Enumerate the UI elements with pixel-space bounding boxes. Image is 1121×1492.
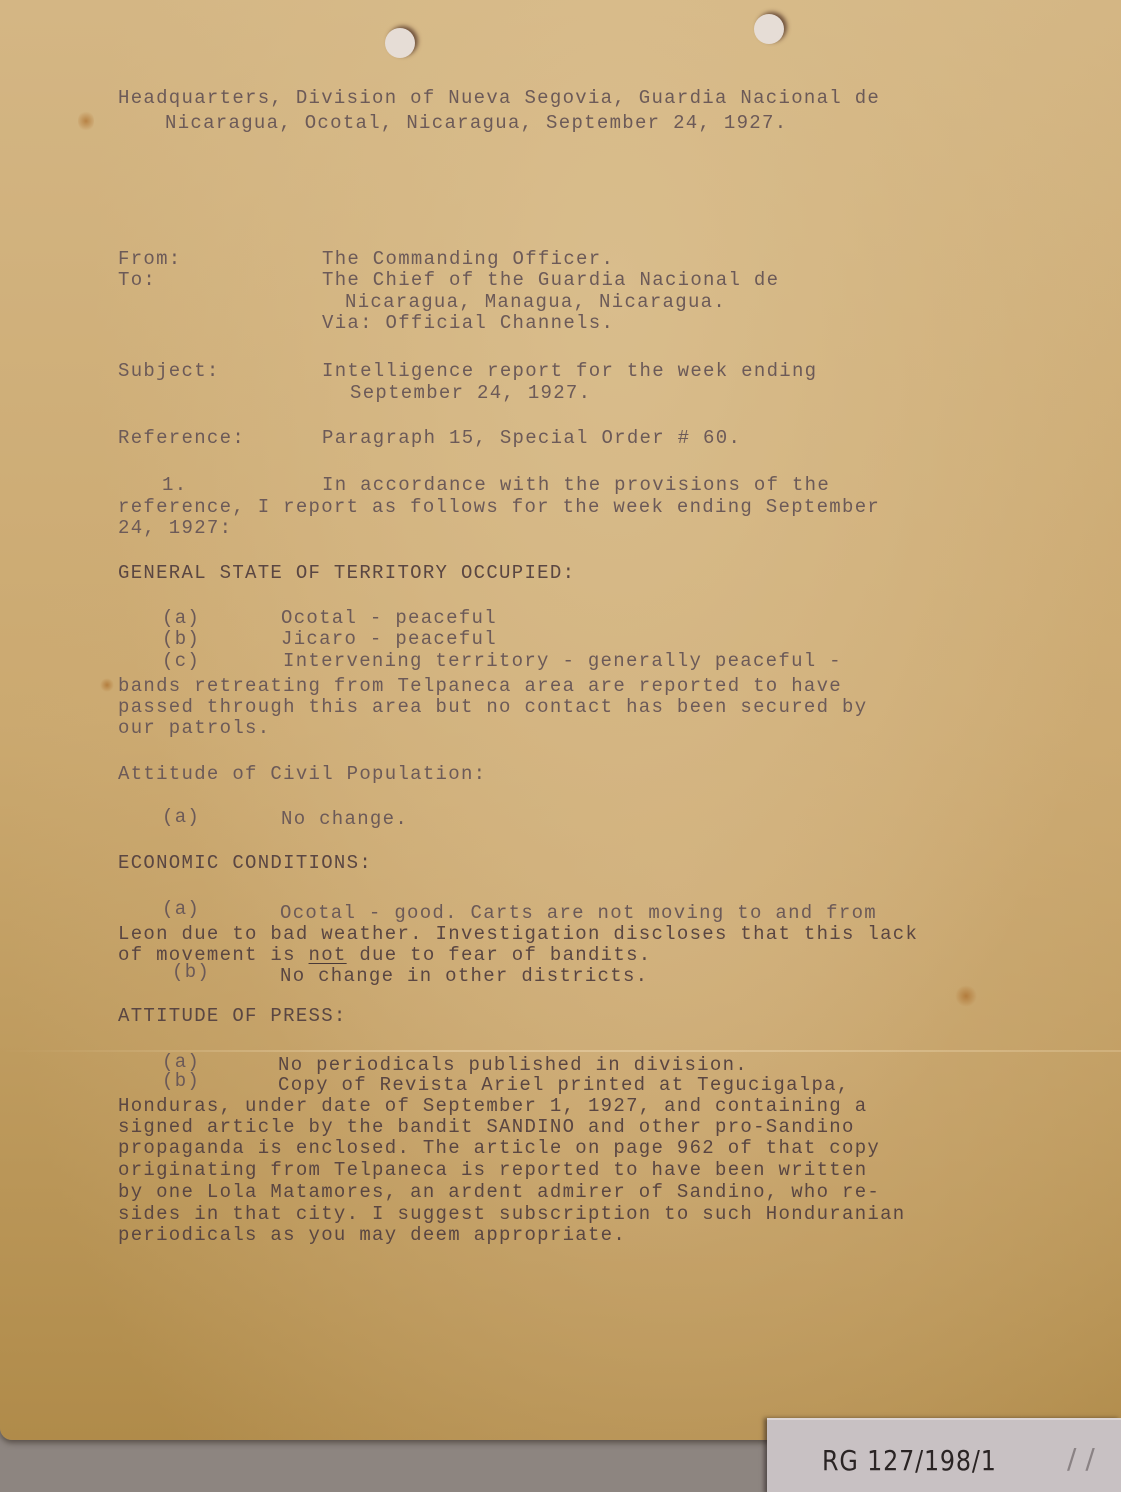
territory-item-c: Intervening territory - generally peacef… — [283, 651, 842, 672]
from-value: The Commanding Officer. — [322, 249, 614, 270]
section-title-economic: ECONOMIC CONDITIONS: — [118, 853, 372, 874]
emphasized-not: not — [309, 944, 347, 966]
heading-line-2: Nicaragua, Ocotal, Nicaragua, September … — [165, 113, 787, 134]
territory-cont-2: passed through this area but no contact … — [118, 697, 867, 718]
economic-a-line-2: Leon due to bad weather. Investigation d… — [118, 924, 918, 945]
press-line: sides in that city. I suggest subscripti… — [118, 1204, 906, 1225]
territory-marker-b: (b) — [162, 629, 200, 650]
press-line: Honduras, under date of September 1, 192… — [118, 1096, 867, 1117]
press-line: periodicals as you may deem appropriate. — [118, 1225, 626, 1246]
intro-line-1: In accordance with the provisions of the — [322, 475, 830, 496]
subject-line-1: Intelligence report for the week ending — [322, 361, 817, 382]
intro-line-3: 24, 1927: — [118, 518, 232, 539]
economic-a-line-3-post: due to fear of bandits. — [347, 944, 652, 966]
from-label: From: — [118, 249, 182, 270]
section-title-civil: Attitude of Civil Population: — [118, 764, 486, 785]
press-b-line-1: Copy of Revista Ariel printed at Tegucig… — [278, 1075, 850, 1096]
territory-item-a: Ocotal - peaceful — [281, 608, 497, 629]
territory-marker-c: (c) — [162, 651, 200, 672]
intro-line-2: reference, I report as follows for the w… — [118, 497, 880, 518]
rust-stain — [955, 985, 977, 1007]
economic-b-text: No change in other districts. — [280, 966, 648, 987]
reference-label: Reference: — [118, 428, 245, 449]
to-value-line-2: Nicaragua, Managua, Nicaragua. — [345, 292, 726, 313]
civil-marker-a: (a) — [162, 807, 200, 828]
territory-cont-3: our patrols. — [118, 718, 270, 739]
archive-mark: / / — [1067, 1442, 1095, 1475]
territory-marker-a: (a) — [162, 608, 200, 629]
heading-line-1: Headquarters, Division of Nueva Segovia,… — [118, 88, 880, 109]
rust-stain — [78, 110, 94, 132]
punch-hole-right — [754, 14, 784, 44]
section-title-territory: GENERAL STATE OF TERRITORY OCCUPIED: — [118, 563, 575, 584]
to-label: To: — [118, 270, 156, 291]
punch-hole-left — [385, 28, 415, 58]
economic-a-line-3-pre: of movement is — [118, 944, 309, 966]
subject-label: Subject: — [118, 361, 220, 382]
reference-value: Paragraph 15, Special Order # 60. — [322, 428, 741, 449]
document-page: Headquarters, Division of Nueva Segovia,… — [0, 0, 1121, 1440]
territory-item-b: Jicaro - peaceful — [281, 629, 497, 650]
economic-marker-a: (a) — [162, 899, 200, 920]
territory-cont-1: bands retreating from Telpaneca area are… — [118, 676, 842, 697]
press-line: by one Lola Matamores, an ardent admirer… — [118, 1182, 880, 1203]
rust-stain — [100, 678, 114, 692]
subject-line-2: September 24, 1927. — [350, 383, 591, 404]
press-line: signed article by the bandit SANDINO and… — [118, 1117, 855, 1138]
archive-label-card: RG 127/198/1 / / — [767, 1418, 1121, 1492]
to-value-line-1: The Chief of the Guardia Nacional de — [322, 270, 779, 291]
press-line: propaganda is enclosed. The article on p… — [118, 1138, 880, 1159]
civil-item-a: No change. — [281, 809, 408, 830]
economic-a-line-1: Ocotal - good. Carts are not moving to a… — [280, 903, 877, 924]
via-line: Via: Official Channels. — [322, 313, 614, 334]
press-line: originating from Telpaneca is reported t… — [118, 1160, 867, 1181]
economic-marker-b: (b) — [172, 962, 210, 983]
press-a-text: No periodicals published in division. — [278, 1055, 748, 1076]
press-marker-b: (b) — [162, 1071, 200, 1092]
section-title-press: ATTITUDE OF PRESS: — [118, 1006, 347, 1027]
archive-reference: RG 127/198/1 — [822, 1444, 997, 1477]
paragraph-number: 1. — [162, 475, 187, 496]
